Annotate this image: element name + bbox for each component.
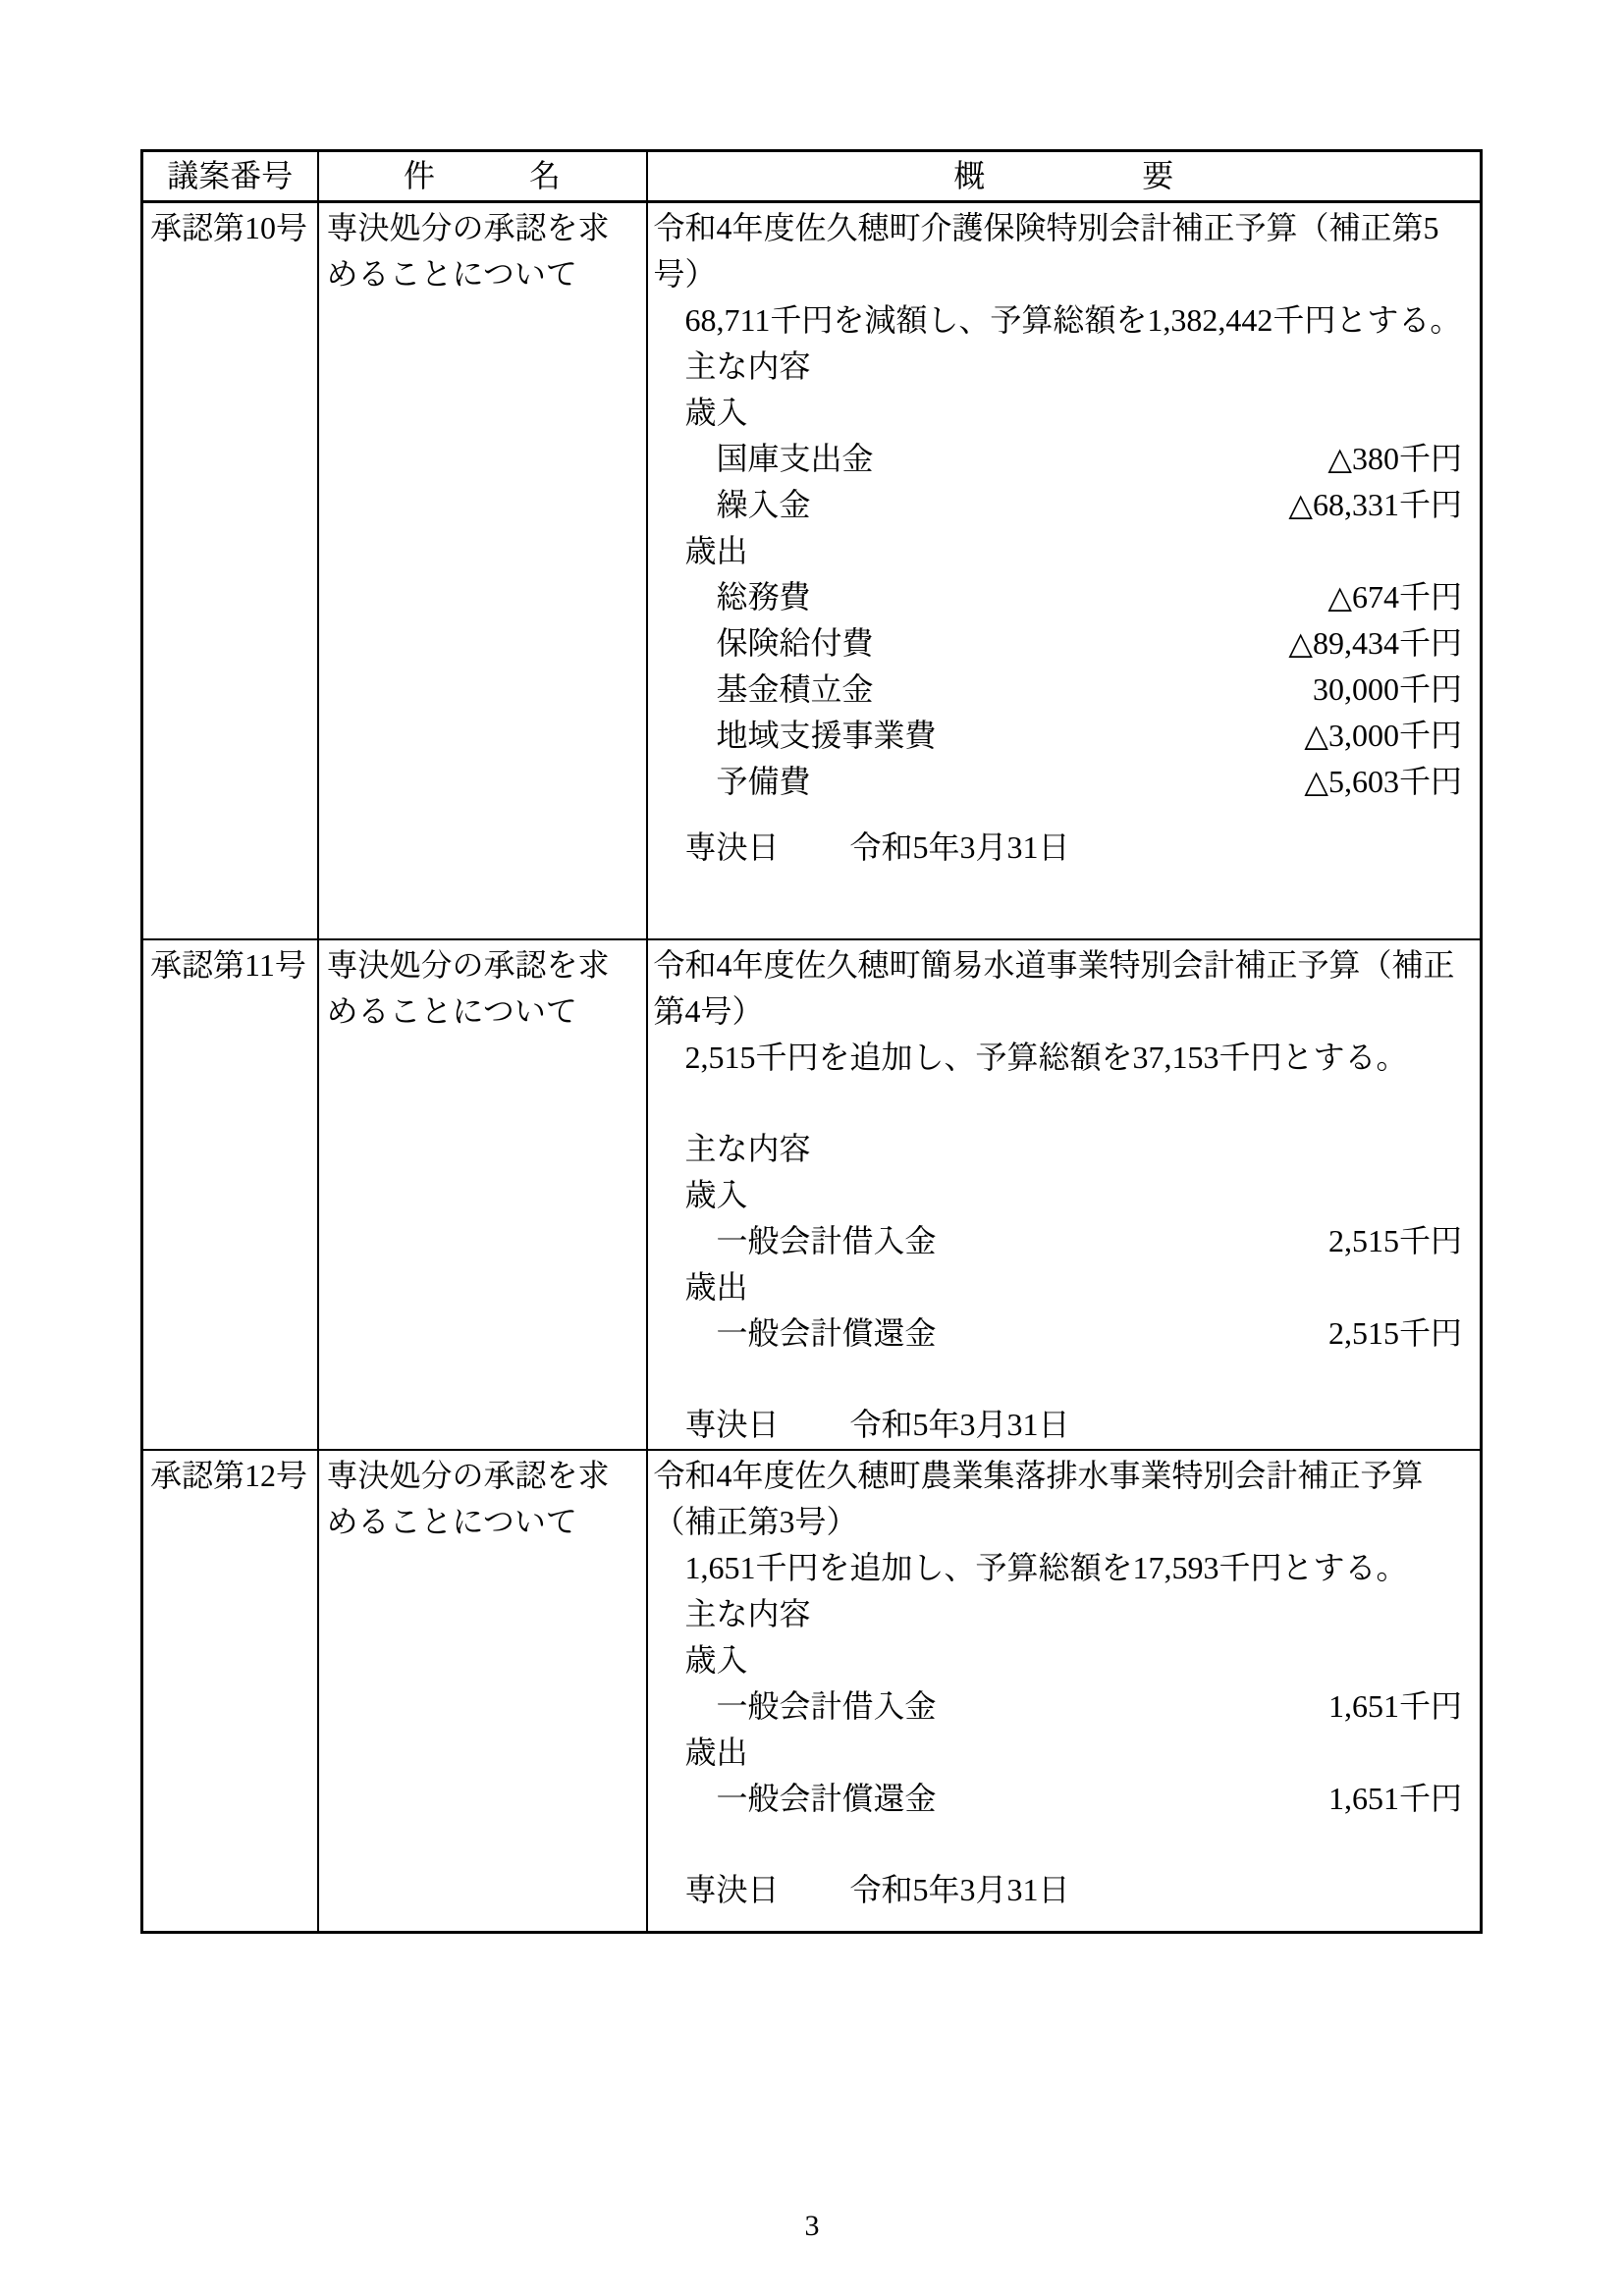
item-label: 総務費 xyxy=(717,574,811,620)
summary-cell: 令和4年度佐久穂町介護保険特別会計補正予算（補正第5号） 68,711千円を減額… xyxy=(647,202,1482,940)
item-amount: 1,651千円 xyxy=(1328,1776,1462,1822)
bill-title-cell: 専決処分の承認を求めることについて xyxy=(318,202,647,940)
item-label: 繰入金 xyxy=(717,482,811,528)
budget-item: 繰入金 △68,331千円 xyxy=(654,482,1471,528)
decision-date-label: 専決日 xyxy=(685,1872,780,1907)
budget-item: 国庫支出金 △380千円 xyxy=(654,436,1471,482)
item-label: 一般会計借入金 xyxy=(717,1683,937,1730)
budget-item: 一般会計償還金 1,651千円 xyxy=(654,1776,1471,1822)
item-label: 一般会計借入金 xyxy=(717,1218,937,1264)
item-label: 予備費 xyxy=(717,759,811,805)
revenue-label: 歳入 xyxy=(654,1637,1471,1683)
item-amount: △68,331千円 xyxy=(1288,482,1462,528)
document-page: 議案番号 件 名 概 要 承認第10号 専決処分の承認を求めることについて 令和… xyxy=(0,0,1624,2296)
item-amount: △3,000千円 xyxy=(1304,713,1462,759)
item-label: 国庫支出金 xyxy=(717,436,874,482)
budget-title: 令和4年度佐久穂町介護保険特別会計補正予算（補正第5号） xyxy=(654,205,1471,297)
item-amount: △380千円 xyxy=(1327,436,1462,482)
budget-item: 一般会計償還金 2,515千円 xyxy=(654,1310,1471,1357)
decision-date-line: 専決日 令和5年3月31日 xyxy=(654,1402,1471,1448)
item-amount: △674千円 xyxy=(1327,574,1462,620)
item-amount: 30,000千円 xyxy=(1313,667,1462,713)
amount-sentence: 1,651千円を追加し、予算総額を17,593千円とする。 xyxy=(654,1545,1471,1591)
item-amount: △89,434千円 xyxy=(1288,620,1462,667)
bill-number-cell: 承認第12号 xyxy=(142,1450,318,1933)
budget-item: 基金積立金 30,000千円 xyxy=(654,667,1471,713)
item-amount: 2,515千円 xyxy=(1328,1218,1462,1264)
main-content-label: 主な内容 xyxy=(654,1126,1471,1172)
expense-label: 歳出 xyxy=(654,1730,1471,1776)
budget-item: 一般会計借入金 2,515千円 xyxy=(654,1218,1471,1264)
expense-label: 歳出 xyxy=(654,528,1471,574)
budget-title: 令和4年度佐久穂町簡易水道事業特別会計補正予算（補正第4号） xyxy=(654,942,1471,1035)
item-label: 地域支援事業費 xyxy=(717,713,937,759)
item-label: 基金積立金 xyxy=(717,667,874,713)
decision-date-label: 専決日 xyxy=(685,1407,780,1442)
bill-title-cell: 専決処分の承認を求めることについて xyxy=(318,939,647,1450)
budget-item: 一般会計借入金 1,651千円 xyxy=(654,1683,1471,1730)
page-number: 3 xyxy=(0,2207,1624,2246)
summary-cell: 令和4年度佐久穂町簡易水道事業特別会計補正予算（補正第4号） 2,515千円を追… xyxy=(647,939,1482,1450)
budget-title: 令和4年度佐久穂町農業集落排水事業特別会計補正予算（補正第3号） xyxy=(654,1453,1471,1545)
item-label: 保険給付費 xyxy=(717,620,874,667)
table-row: 承認第11号 専決処分の承認を求めることについて 令和4年度佐久穂町簡易水道事業… xyxy=(142,939,1482,1450)
item-amount: △5,603千円 xyxy=(1304,759,1462,805)
decision-date-value: 令和5年3月31日 xyxy=(850,1407,1070,1442)
bill-number-cell: 承認第11号 xyxy=(142,939,318,1450)
budget-item: 予備費 △5,603千円 xyxy=(654,759,1471,805)
header-row: 議案番号 件 名 概 要 xyxy=(142,151,1482,202)
budget-item: 総務費 △674千円 xyxy=(654,574,1471,620)
revenue-label: 歳入 xyxy=(654,390,1471,436)
summary-cell: 令和4年度佐久穂町農業集落排水事業特別会計補正予算（補正第3号） 1,651千円… xyxy=(647,1450,1482,1933)
header-title: 件 名 xyxy=(318,151,647,202)
budget-item: 保険給付費 △89,434千円 xyxy=(654,620,1471,667)
item-amount: 1,651千円 xyxy=(1328,1683,1462,1730)
main-content-label: 主な内容 xyxy=(654,1591,1471,1637)
expense-label: 歳出 xyxy=(654,1264,1471,1310)
header-summary: 概 要 xyxy=(647,151,1482,202)
item-label: 一般会計償還金 xyxy=(717,1310,937,1357)
bill-number-cell: 承認第10号 xyxy=(142,202,318,940)
decision-date-label: 専決日 xyxy=(685,829,780,865)
bill-title-cell: 専決処分の承認を求めることについて xyxy=(318,1450,647,1933)
item-label: 一般会計償還金 xyxy=(717,1776,937,1822)
decision-date-line: 専決日 令和5年3月31日 xyxy=(654,1867,1471,1913)
budget-item: 地域支援事業費 △3,000千円 xyxy=(654,713,1471,759)
amount-sentence: 2,515千円を追加し、予算総額を37,153千円とする。 xyxy=(654,1035,1471,1081)
decision-date-value: 令和5年3月31日 xyxy=(850,1872,1070,1907)
bill-table: 議案番号 件 名 概 要 承認第10号 専決処分の承認を求めることについて 令和… xyxy=(140,149,1483,1934)
table-row: 承認第10号 専決処分の承認を求めることについて 令和4年度佐久穂町介護保険特別… xyxy=(142,202,1482,940)
main-content-label: 主な内容 xyxy=(654,344,1471,390)
revenue-label: 歳入 xyxy=(654,1172,1471,1218)
amount-sentence: 68,711千円を減額し、予算総額を1,382,442千円とする。 xyxy=(654,297,1471,344)
item-amount: 2,515千円 xyxy=(1328,1310,1462,1357)
decision-date-line: 専決日 令和5年3月31日 xyxy=(654,825,1471,871)
table-row: 承認第12号 専決処分の承認を求めることについて 令和4年度佐久穂町農業集落排水… xyxy=(142,1450,1482,1933)
header-bill-number: 議案番号 xyxy=(142,151,318,202)
decision-date-value: 令和5年3月31日 xyxy=(850,829,1070,865)
